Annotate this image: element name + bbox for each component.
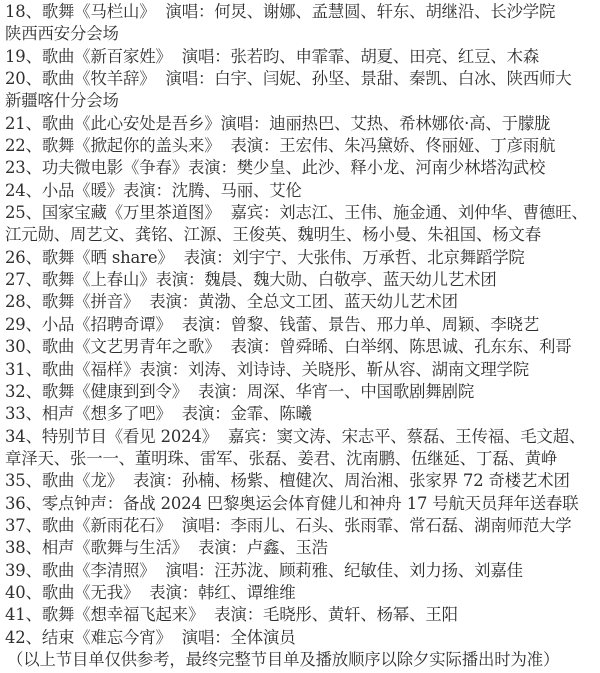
item-performers: 金霏、陈曦: [230, 404, 311, 423]
item-title: 《想多了吧》: [74, 404, 171, 423]
item-type: 歌曲: [42, 561, 74, 580]
item-performers: 韩红、谭维维: [198, 583, 295, 602]
list-item: 18、歌舞《马栏山》演唱：何炅、谢娜、孟慧圆、轩东、胡继沿、长沙学院: [5, 1, 600, 23]
item-number: 31: [5, 360, 26, 379]
item-role: 演唱：: [166, 561, 215, 580]
list-item: 36、零点钟声：备战 2024 巴黎奥运会体育健儿和神舟 17 号航天员拜年送春…: [5, 493, 600, 515]
item-type: 小品: [42, 315, 74, 334]
list-item: 35、歌曲《龙》表演：孙楠、杨紫、檀健次、周治湘、张家界 72 奇楼艺术团: [5, 470, 600, 492]
list-item: 31、歌曲《福样》表演：刘涛、刘诗诗、关晓彤、靳从容、湖南文理学院: [5, 359, 600, 381]
list-item: 38、相声《歌舞与生活》表演：卢鑫、玉浩: [5, 537, 600, 559]
item-role: 嘉宾：: [230, 203, 279, 222]
item-performers: 汪苏泷、顾莉雅、纪敏佳、刘力扬、刘嘉佳: [214, 561, 523, 580]
item-number: 28: [5, 292, 26, 311]
item-performers: 毛晓彤、黄轩、杨幂、王阳: [263, 605, 458, 624]
item-performers: 卢鑫、玉浩: [247, 538, 328, 557]
item-number: 34: [5, 427, 26, 446]
item-performers: 黄渤、全总文工团、蓝天幼儿艺术团: [198, 292, 458, 311]
item-performers: 何炅、谢娜、孟慧圆、轩东、胡继沿、长沙学院: [214, 2, 555, 21]
item-role: 表演：: [214, 605, 263, 624]
item-type: 歌舞: [42, 292, 74, 311]
item-type: 相声: [42, 538, 74, 557]
item-role: 表演：: [184, 248, 233, 267]
item-number: 42: [5, 628, 26, 647]
item-number: 40: [5, 583, 26, 602]
item-performers: 全体演员: [230, 628, 295, 647]
item-title: 《李清照》: [74, 561, 155, 580]
item-performers: 备战 2024 巴黎奥运会体育健儿和神舟 17 号航天员拜年送春联: [123, 494, 578, 513]
item-performers: 樊少皇、此沙、释小龙、河南少林塔沟武校: [237, 158, 546, 177]
list-item: 25、国家宝藏《万里茶道图》嘉宾：刘志江、王伟、施金通、刘仲华、曹德旺、: [5, 202, 600, 224]
item-role: 嘉宾：: [228, 427, 277, 446]
item-role: 表演：: [182, 315, 231, 334]
item-title: 《健康到到令》: [74, 382, 188, 401]
item-performers: 曾舜晞、白举纲、陈思诚、孔东东、利哥: [279, 337, 571, 356]
item-title: 《新雨花石》: [74, 516, 171, 535]
item-number: 32: [5, 382, 26, 401]
item-title: 《看见 2024》: [107, 427, 218, 446]
item-role: 演唱：: [166, 69, 215, 88]
item-title: 《牧羊辞》: [74, 69, 155, 88]
item-title: 《争春》: [123, 158, 188, 177]
item-number: 20: [5, 69, 26, 88]
item-role: 表演：: [123, 181, 172, 200]
item-number: 38: [5, 538, 26, 557]
list-item: 42、结束《难忘今宵》演唱：全体演员: [5, 627, 600, 649]
item-number: 25: [5, 203, 26, 222]
item-role: 演唱：: [220, 114, 269, 133]
item-title: 《掀起你的盖头来》: [74, 136, 220, 155]
item-type: 歌曲: [42, 337, 74, 356]
item-number: 21: [5, 114, 26, 133]
item-role: 演唱：: [182, 628, 231, 647]
list-item: 19、歌曲《新百家姓》演唱：张若昀、申霏霏、胡夏、田亮、红豆、木森: [5, 46, 600, 68]
list-item: 23、功夫微电影《争春》表演：樊少皇、此沙、释小龙、河南少林塔沟武校: [5, 157, 600, 179]
item-number: 23: [5, 158, 26, 177]
item-role: 表演：: [133, 471, 182, 490]
item-type: 结束: [42, 628, 74, 647]
item-title: 《文艺男青年之歌》: [74, 337, 220, 356]
item-number: 33: [5, 404, 26, 423]
item-performers: 孙楠、杨紫、檀健次、周治湘、张家界 72 奇楼艺术团: [182, 471, 570, 490]
item-type: 歌舞: [42, 136, 74, 155]
item-performers: 白宇、闫妮、孙坚、景甜、秦凯、白冰、陕西师大: [214, 69, 571, 88]
item-title: 《万里茶道图》: [107, 203, 221, 222]
item-number: 24: [5, 181, 26, 200]
item-performers: 曾黎、钱蕾、景告、邢力单、周颖、李晓艺: [230, 315, 539, 334]
list-item: 39、歌曲《李清照》演唱：汪苏泷、顾莉雅、纪敏佳、刘力扬、刘嘉佳: [5, 560, 600, 582]
item-type: 歌曲: [42, 69, 74, 88]
item-title: 《新百家姓》: [74, 47, 171, 66]
item-performers: 迪丽热巴、艾热、希林娜依·高、于朦胧: [269, 114, 550, 133]
item-performers: 魏晨、魏大勋、白敬亭、蓝天幼儿艺术团: [204, 270, 496, 289]
item-number: 41: [5, 605, 26, 624]
item-number: 30: [5, 337, 26, 356]
item-type: 歌曲: [42, 114, 74, 133]
item-type: 零点钟声: [42, 494, 107, 513]
list-item-continuation: 新疆喀什分会场: [5, 90, 600, 112]
list-item-continuation: 章泽天、张一一、董明珠、雷军、张磊、姜君、沈南鹏、伍继延、丁磊、黄峥: [5, 448, 600, 470]
item-performers: 刘志江、王伟、施金通、刘仲华、曹德旺、: [279, 203, 588, 222]
item-role: 表演：: [149, 583, 198, 602]
item-number: 39: [5, 561, 26, 580]
item-type: 小品: [42, 181, 74, 200]
item-title: 《拼音》: [74, 292, 139, 311]
list-item: 28、歌舞《拼音》表演：黄渤、全总文工团、蓝天幼儿艺术团: [5, 291, 600, 313]
item-role: ：: [107, 494, 123, 513]
list-item-continuation: 陕西西安分会场: [5, 23, 600, 45]
list-item: 21、歌曲《此心安处是吾乡》演唱：迪丽热巴、艾热、希林娜依·高、于朦胧: [5, 113, 600, 135]
item-type: 歌曲: [42, 516, 74, 535]
item-performers: 刘宇宁、大张伟、万承哲、北京舞蹈学院: [232, 248, 524, 267]
list-item: 30、歌曲《文艺男青年之歌》表演：曾舜晞、白举纲、陈思诚、孔东东、利哥: [5, 336, 600, 358]
list-item: 32、歌舞《健康到到令》表演：周深、华宵一、中国歌剧舞剧院: [5, 381, 600, 403]
list-item: 22、歌舞《掀起你的盖头来》表演：王宏伟、朱冯黛娇、佟丽娅、丁彦雨航: [5, 135, 600, 157]
item-title: 《马栏山》: [74, 2, 155, 21]
item-type: 歌舞: [42, 270, 74, 289]
list-item: 27、歌舞《上春山》表演：魏晨、魏大勋、白敬亭、蓝天幼儿艺术团: [5, 269, 600, 291]
item-number: 35: [5, 471, 26, 490]
item-role: 表演：: [149, 292, 198, 311]
item-title: 《歌舞与生活》: [74, 538, 188, 557]
item-role: 演唱：: [182, 47, 231, 66]
item-role: 表演：: [188, 158, 237, 177]
item-title: 《此心安处是吾乡》: [74, 114, 220, 133]
item-role: 表演：: [230, 136, 279, 155]
list-item: 26、歌舞《晒 share》表演：刘宇宁、大张伟、万承哲、北京舞蹈学院: [5, 247, 600, 269]
item-title: 《想幸福飞起来》: [74, 605, 204, 624]
item-role: 演唱：: [166, 2, 215, 21]
item-type: 相声: [42, 404, 74, 423]
item-type: 歌曲: [42, 583, 74, 602]
list-item: 40、歌曲《无我》表演：韩红、谭维维: [5, 582, 600, 604]
list-item: 29、小品《招聘奇谭》表演：曾黎、钱蕾、景告、邢力单、周颖、李晓艺: [5, 314, 600, 336]
item-type: 歌舞: [42, 382, 74, 401]
footer-note: （以上节目单仅供参考，最终完整节目单及播放顺序以除夕实际播出时为准）: [5, 649, 600, 671]
item-number: 22: [5, 136, 26, 155]
item-role: 表演：: [156, 270, 205, 289]
item-performers: 张若昀、申霏霏、胡夏、田亮、红豆、木森: [230, 47, 539, 66]
list-item: 24、小品《暖》表演：沈腾、马丽、艾伦: [5, 180, 600, 202]
item-type: 特别节目: [42, 427, 107, 446]
list-item: 33、相声《想多了吧》表演：金霏、陈曦: [5, 403, 600, 425]
item-type: 歌舞: [42, 605, 74, 624]
item-type: 功夫微电影: [42, 158, 123, 177]
item-title: 《上春山》: [74, 270, 155, 289]
item-performers: 周深、华宵一、中国歌剧舞剧院: [247, 382, 474, 401]
item-number: 29: [5, 315, 26, 334]
item-role: 表演：: [182, 404, 231, 423]
item-role: 表演：: [198, 382, 247, 401]
item-type: 歌曲: [42, 360, 74, 379]
list-item: 41、歌舞《想幸福飞起来》表演：毛晓彤、黄轩、杨幂、王阳: [5, 604, 600, 626]
item-performers: 李雨儿、石头、张雨霏、常石磊、湖南师范大学: [230, 516, 571, 535]
item-number: 37: [5, 516, 26, 535]
item-title: 《福样》: [74, 360, 139, 379]
item-title: 《难忘今宵》: [74, 628, 171, 647]
program-list: 18、歌舞《马栏山》演唱：何炅、谢娜、孟慧圆、轩东、胡继沿、长沙学院 陕西西安分…: [5, 1, 600, 671]
item-number: 27: [5, 270, 26, 289]
item-type: 歌舞: [42, 248, 74, 267]
item-type: 歌曲: [42, 471, 74, 490]
item-title: 《龙》: [74, 471, 123, 490]
item-type: 国家宝藏: [42, 203, 107, 222]
item-number: 26: [5, 248, 26, 267]
item-role: 表演：: [230, 337, 279, 356]
item-performers: 刘涛、刘诗诗、关晓彤、靳从容、湖南文理学院: [188, 360, 529, 379]
list-item: 20、歌曲《牧羊辞》演唱：白宇、闫妮、孙坚、景甜、秦凯、白冰、陕西师大: [5, 68, 600, 90]
item-type: 歌曲: [42, 47, 74, 66]
item-title: 《晒 share》: [74, 248, 173, 267]
item-role: 表演：: [139, 360, 188, 379]
item-title: 《暖》: [74, 181, 123, 200]
item-number: 19: [5, 47, 26, 66]
item-performers: 王宏伟、朱冯黛娇、佟丽娅、丁彦雨航: [279, 136, 555, 155]
item-role: 表演：: [198, 538, 247, 557]
item-number: 36: [5, 494, 26, 513]
item-title: 《无我》: [74, 583, 139, 602]
item-role: 演唱：: [182, 516, 231, 535]
list-item-continuation: 江元勋、周艺文、龚铭、江源、王俊英、魏明生、杨小曼、朱祖国、杨文春: [5, 224, 600, 246]
item-performers: 窦文涛、宋志平、蔡磊、王传福、毛文超、: [277, 427, 586, 446]
item-performers: 沈腾、马丽、艾伦: [172, 181, 302, 200]
item-title: 《招聘奇谭》: [74, 315, 171, 334]
item-number: 18: [5, 2, 26, 21]
item-type: 歌舞: [42, 2, 74, 21]
list-item: 34、特别节目《看见 2024》嘉宾：窦文涛、宋志平、蔡磊、王传福、毛文超、: [5, 426, 600, 448]
list-item: 37、歌曲《新雨花石》演唱：李雨儿、石头、张雨霏、常石磊、湖南师范大学: [5, 515, 600, 537]
